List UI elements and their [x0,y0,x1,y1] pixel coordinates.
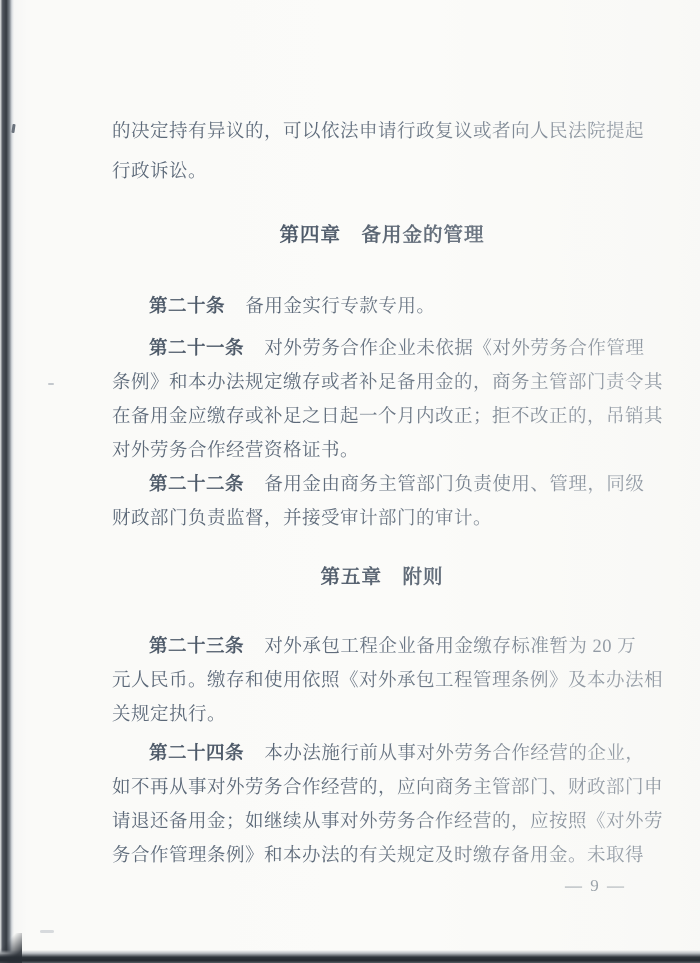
article-23-term: 第二十三条 [149,637,244,657]
document-line: 第二十三条对外承包工程企业备用金缴存标准暂为 20 万 [112,630,652,664]
document-line: 关规定执行。 [112,698,652,732]
article-23: 第二十三条对外承包工程企业备用金缴存标准暂为 20 万 元人民币。缴存和使用依照… [112,630,652,732]
document-line: 的决定持有异议的，可以依法申请行政复议或者向人民法院提起 [112,112,652,152]
article-22-term: 第二十二条 [149,475,244,495]
document-line: 元人民币。缴存和使用依照《对外承包工程管理条例》及本办法相 [112,664,652,698]
article-24: 第二十四条本办法施行前从事对外劳务合作经营的企业， 如不再从事对外劳务合作经营的… [112,737,652,873]
page-number: — 9 — [112,875,652,897]
scan-edge-corner [0,933,22,963]
document-line: 第二十一条对外劳务合作企业未依据《对外劳务合作管理 [112,332,652,366]
article-21-term: 第二十一条 [149,339,244,359]
document-line: 如不再从事对外劳务合作经营的，应向商务主管部门、财政部门申 [112,771,652,805]
document-line: 第二十四条本办法施行前从事对外劳务合作经营的企业， [112,737,652,771]
document-line: 条例》和本办法规定缴存或者补足备用金的，商务主管部门责令其 [112,366,652,400]
paragraph-continuation: 的决定持有异议的，可以依法申请行政复议或者向人民法院提起 行政诉讼。 [112,112,652,192]
document-text-block: 的决定持有异议的，可以依法申请行政复议或者向人民法院提起 行政诉讼。 第四章 备… [112,0,652,897]
document-line: 第二十二条备用金由商务主管部门负责使用、管理，同级 [112,468,652,502]
scan-speck [11,124,15,133]
scan-speck [48,383,54,385]
scan-edge-left [0,0,14,963]
article-20-text: 备用金实行专款专用。 [245,297,435,317]
article-20-term: 第二十条 [149,297,225,317]
article-24-term: 第二十四条 [149,744,244,764]
scan-edge-bottom [0,950,700,963]
article-22: 第二十二条备用金由商务主管部门负责使用、管理，同级 财政部门负责监督，并接受审计… [112,468,652,536]
chapter-4-heading: 第四章 备用金的管理 [112,222,652,250]
article-22-text: 备用金由商务主管部门负责使用、管理，同级 [264,475,644,495]
article-23-text: 对外承包工程企业备用金缴存标准暂为 20 万 [264,637,636,657]
document-line: 行政诉讼。 [112,152,652,192]
document-line: 财政部门负责监督，并接受审计部门的审计。 [112,502,652,536]
article-21: 第二十一条对外劳务合作企业未依据《对外劳务合作管理 条例》和本办法规定缴存或者补… [112,332,652,468]
chapter-5-heading: 第五章 附则 [112,564,652,592]
document-line: 对外劳务合作经营资格证书。 [112,434,652,468]
document-line: 请退还备用金；如继续从事对外劳务合作经营的，应按照《对外劳 [112,805,652,839]
scan-speck [40,930,54,933]
document-line: 在备用金应缴存或补足之日起一个月内改正；拒不改正的，吊销其 [112,400,652,434]
document-line: 第二十条备用金实行专款专用。 [112,290,652,324]
scanned-document-page: 的决定持有异议的，可以依法申请行政复议或者向人民法院提起 行政诉讼。 第四章 备… [0,0,700,963]
article-21-text: 对外劳务合作企业未依据《对外劳务合作管理 [264,339,644,359]
article-20: 第二十条备用金实行专款专用。 [112,290,652,324]
article-24-text: 本办法施行前从事对外劳务合作经营的企业， [264,744,644,764]
document-line: 务合作管理条例》和本办法的有关规定及时缴存备用金。未取得 [112,839,652,873]
